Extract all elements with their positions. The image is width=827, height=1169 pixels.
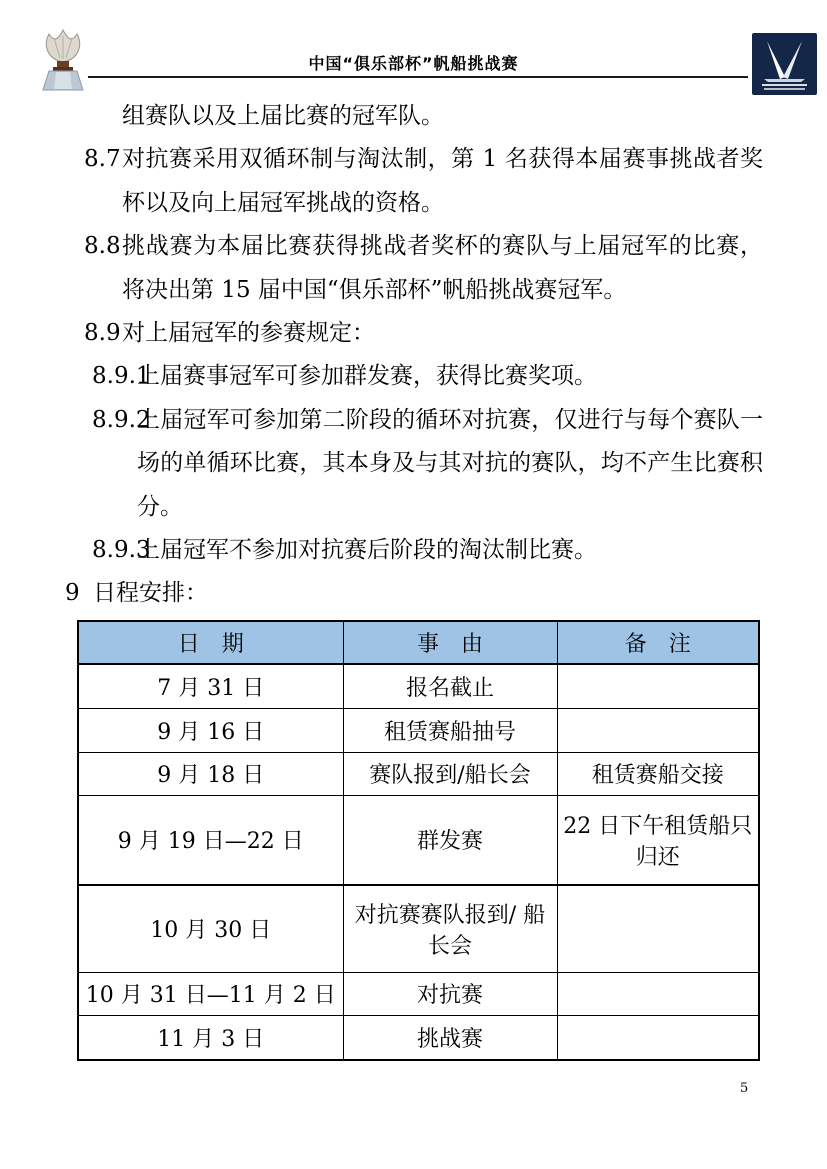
section-number: 8.9.1 [92,355,151,398]
table-row: 9 月 19 日—22 日 群发赛 22 日下午租赁船只归还 [78,795,759,885]
cell-date: 7 月 31 日 [78,664,343,708]
paragraph-text: 上届冠军不参加对抗赛后阶段的淘汰制比赛。 [137,537,597,563]
paragraph-8-9-2: 8.9.2 上届冠军可参加第二阶段的循环对抗赛，仅进行与每个赛队一场的单循环比赛… [0,399,763,529]
cell-date: 10 月 30 日 [78,885,343,972]
paragraph-8-9: 8.9 对上届冠军的参赛规定： [0,312,763,355]
table-row: 10 月 30 日 对抗赛赛队报到/ 船长会 [78,885,759,972]
schedule-table: 日 期 事 由 备 注 7 月 31 日 报名截止 9 月 16 日 租赁赛船抽… [77,620,760,1061]
cell-event: 挑战赛 [343,1015,557,1060]
cell-notes [557,708,759,752]
body-text: 组赛队以及上届比赛的冠军队。 8.7 对抗赛采用双循环制与淘汰制，第 1 名获得… [0,95,763,616]
sail-club-logo-icon [752,33,817,95]
paragraph-8-8: 8.8 挑战赛为本届比赛获得挑战者奖杯的赛队与上届冠军的比赛，将决出第 15 届… [0,225,763,312]
cell-event: 对抗赛赛队报到/ 船长会 [343,885,557,972]
paragraph-text: 对上届冠军的参赛规定： [122,320,375,346]
cell-date: 11 月 3 日 [78,1015,343,1060]
section-number: 8.9.3 [92,529,151,572]
paragraph-9-schedule-heading: 9 日程安排： [0,572,763,615]
cell-date: 9 月 18 日 [78,752,343,795]
paragraph-text: 组赛队以及上届比赛的冠军队。 [122,103,444,129]
cell-date: 9 月 16 日 [78,708,343,752]
cell-event: 群发赛 [343,795,557,885]
document-page: 中国“俱乐部杯”帆船挑战赛 组赛队以及上届比赛的冠军队。 8.7 对抗赛采用双循… [0,0,827,1169]
table-row: 10 月 31 日—11 月 2 日 对抗赛 [78,972,759,1015]
header-rule [88,76,748,78]
table-header-notes: 备 注 [557,621,759,664]
paragraph-8-9-3: 8.9.3 上届冠军不参加对抗赛后阶段的淘汰制比赛。 [0,529,763,572]
table-row: 7 月 31 日 报名截止 [78,664,759,708]
cell-notes [557,972,759,1015]
paragraph-8-6-continuation: 组赛队以及上届比赛的冠军队。 [0,95,763,138]
cell-event: 赛队报到/船长会 [343,752,557,795]
cell-notes: 租赁赛船交接 [557,752,759,795]
table-header-date: 日 期 [78,621,343,664]
section-number: 9 [65,572,80,615]
cell-event: 报名截止 [343,664,557,708]
cell-notes [557,664,759,708]
cell-notes [557,1015,759,1060]
table-header-row: 日 期 事 由 备 注 [78,621,759,664]
cell-event: 对抗赛 [343,972,557,1015]
section-number: 8.9 [84,312,121,355]
cell-notes [557,885,759,972]
paragraph-8-9-1: 8.9.1 上届赛事冠军可参加群发赛，获得比赛奖项。 [0,355,763,398]
cell-date: 10 月 31 日—11 月 2 日 [78,972,343,1015]
cell-date: 9 月 19 日—22 日 [78,795,343,885]
table-row: 11 月 3 日 挑战赛 [78,1015,759,1060]
table-row: 9 月 16 日 租赁赛船抽号 [78,708,759,752]
page-number: 5 [740,1081,748,1096]
section-number: 8.9.2 [92,399,151,442]
cell-event: 租赁赛船抽号 [343,708,557,752]
section-number: 8.8 [84,225,121,268]
paragraph-text: 上届赛事冠军可参加群发赛，获得比赛奖项。 [137,363,597,389]
table-row: 9 月 18 日 赛队报到/船长会 租赁赛船交接 [78,752,759,795]
table-header-event: 事 由 [343,621,557,664]
paragraph-text: 对抗赛采用双循环制与淘汰制，第 1 名获得本届赛事挑战者奖杯以及向上届冠军挑战的… [122,146,763,215]
section-number: 8.7 [84,138,121,181]
cell-notes: 22 日下午租赁船只归还 [557,795,759,885]
paragraph-8-7: 8.7 对抗赛采用双循环制与淘汰制，第 1 名获得本届赛事挑战者奖杯以及向上届冠… [0,138,763,225]
paragraph-text: 挑战赛为本届比赛获得挑战者奖杯的赛队与上届冠军的比赛，将决出第 15 届中国“俱… [122,233,763,302]
doc-title: 中国“俱乐部杯”帆船挑战赛 [0,51,827,74]
paragraph-text: 上届冠军可参加第二阶段的循环对抗赛，仅进行与每个赛队一场的单循环比赛，其本身及与… [137,407,763,520]
paragraph-text: 日程安排： [93,580,208,606]
